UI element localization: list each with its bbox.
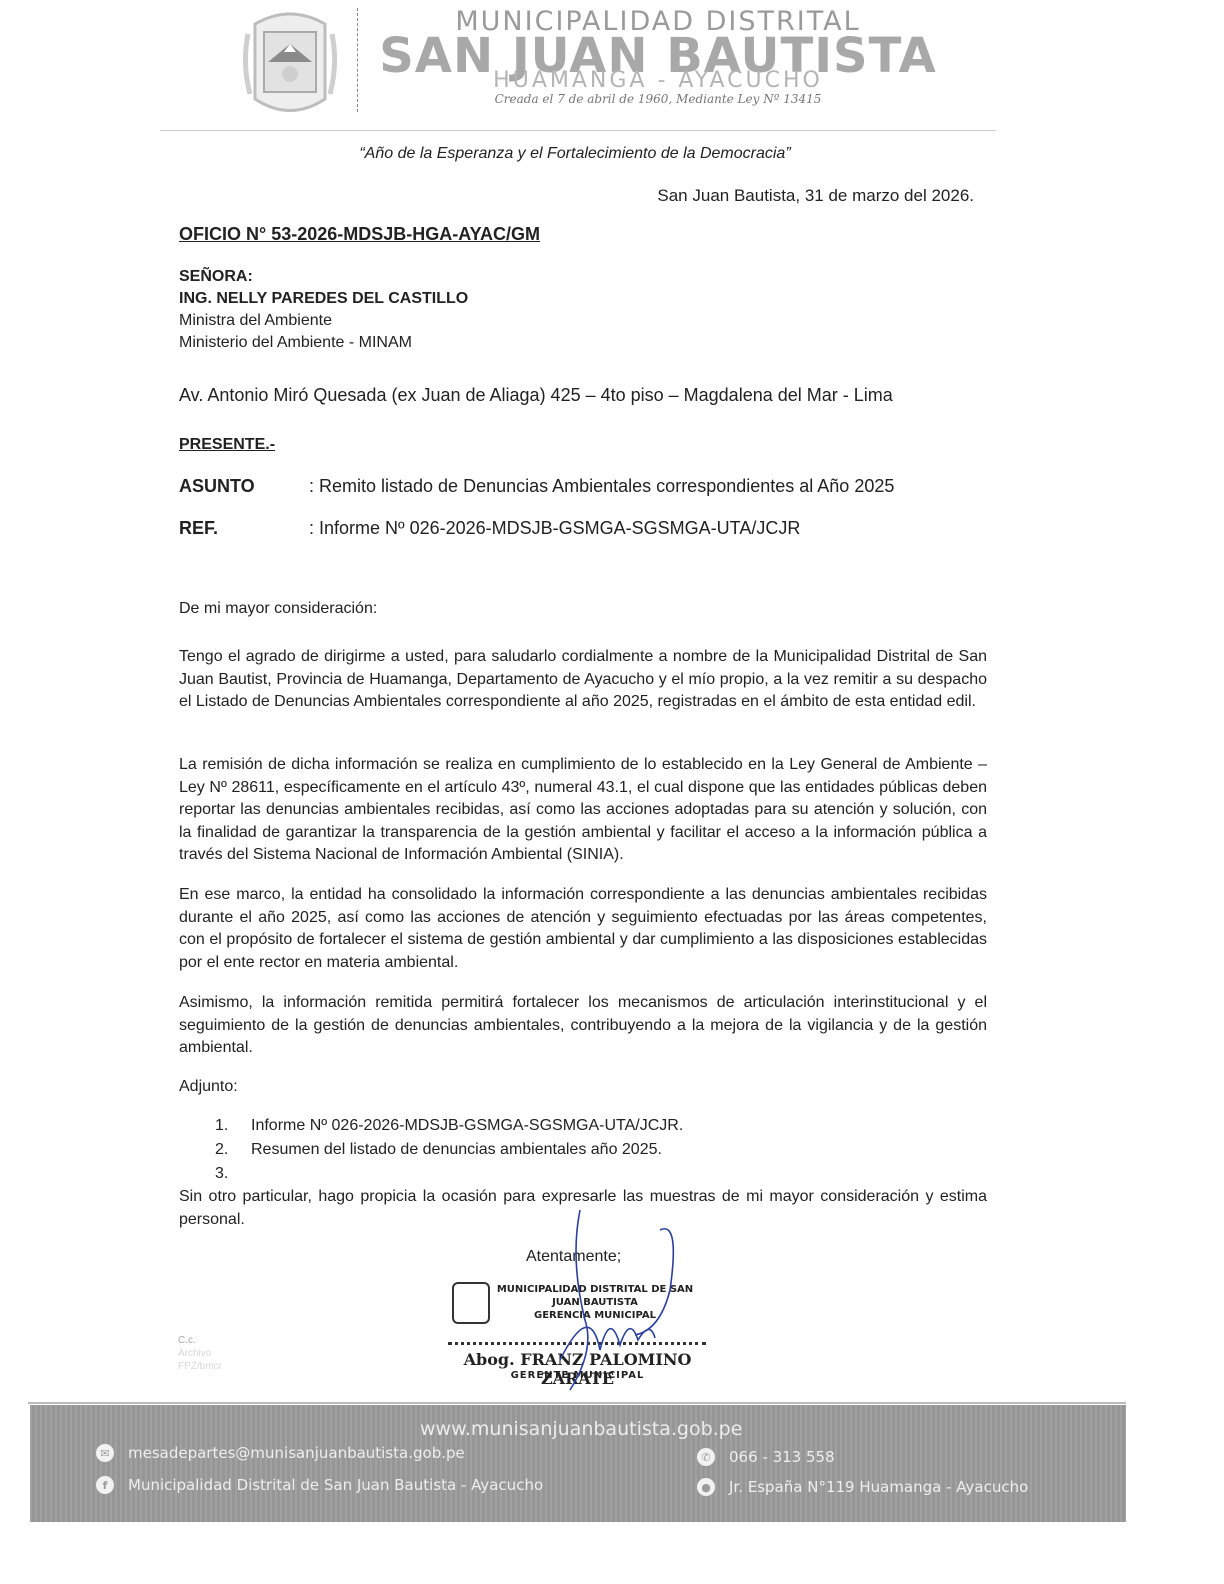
body-paragraph-4: Asimismo, la información remitida permit… <box>179 992 987 1060</box>
seal-icon <box>452 1282 490 1324</box>
asunto-label: ASUNTO <box>179 476 309 497</box>
footer-address: ● Jr. España N°119 Huamanga - Ayacucho <box>697 1478 1028 1496</box>
header-rule <box>160 130 996 131</box>
header-location: HUAMANGA - AYACUCHO <box>378 68 938 93</box>
recipient-title: Ministra del Ambiente <box>179 310 468 332</box>
body-paragraph-1: Tengo el agrado de dirigirme a usted, pa… <box>179 646 987 714</box>
asunto-value: : Remito listado de Denuncias Ambientale… <box>309 476 894 496</box>
facebook-icon: f <box>96 1476 114 1494</box>
footer-rule <box>28 1402 1126 1404</box>
recipient-name: ING. NELLY PAREDES DEL CASTILLO <box>179 288 468 310</box>
footer-website-link[interactable]: www.munisanjuanbautista.gob.pe <box>420 1418 742 1440</box>
header-founding-note: Creada el 7 de abril de 1960, Mediante L… <box>378 92 938 106</box>
body-salutation: De mi mayor consideración: <box>179 598 987 621</box>
phone-icon: ✆ <box>697 1448 715 1466</box>
recipient-salutation: SEÑORA: <box>179 266 468 288</box>
year-motto: “Año de la Esperanza y el Fortalecimient… <box>160 145 990 163</box>
ref-value: : Informe Nº 026-2026-MDSJB-GSMGA-SGSMGA… <box>309 518 800 538</box>
presente-label: PRESENTE.- <box>179 436 275 454</box>
recipient-block: SEÑORA: ING. NELLY PAREDES DEL CASTILLO … <box>179 266 468 354</box>
footer-email[interactable]: ✉ mesadepartes@munisanjuanbautista.gob.p… <box>96 1444 465 1462</box>
footer-phone: ✆ 066 - 313 558 <box>697 1448 835 1466</box>
signer-role: GERENTE MUNICIPAL <box>440 1370 715 1381</box>
oficio-number: OFICIO N° 53-2026-MDSJB-HGA-AYAC/GM <box>179 224 540 245</box>
attachment-item: 2.Resumen del listado de denuncias ambie… <box>215 1138 683 1162</box>
carbon-copy: C.c. Archivo FPZ/bmcr <box>178 1334 222 1373</box>
attachments-list: 1.Informe Nº 026-2026-MDSJB-GSMGA-SGSMGA… <box>215 1114 683 1186</box>
signer-name: Abog. FRANZ PALOMINO ZARATE <box>440 1350 715 1388</box>
signature-line <box>448 1342 706 1345</box>
closing-paragraph: Sin otro particular, hago propicia la oc… <box>179 1186 987 1231</box>
attachments-label: Adjunto: <box>179 1076 987 1099</box>
mail-icon: ✉ <box>96 1444 114 1462</box>
recipient-org: Ministerio del Ambiente - MINAM <box>179 332 468 354</box>
footer-facebook[interactable]: f Municipalidad Distrital de San Juan Ba… <box>96 1476 543 1494</box>
body-paragraph-3: En ese marco, la entidad ha consolidado … <box>179 884 987 974</box>
ref-label: REF. <box>179 518 309 539</box>
asunto-row: ASUNTO: Remito listado de Denuncias Ambi… <box>179 476 894 497</box>
office-stamp: MUNICIPALIDAD DISTRITAL DE SAN JUAN BAUT… <box>488 1283 702 1322</box>
ref-row: REF.: Informe Nº 026-2026-MDSJB-GSMGA-SG… <box>179 518 800 539</box>
header-divider <box>357 8 358 112</box>
valediction: Atentamente; <box>526 1248 621 1266</box>
municipal-coat-of-arms-logo <box>240 4 340 122</box>
location-pin-icon: ● <box>697 1478 715 1496</box>
recipient-address: Av. Antonio Miró Quesada (ex Juan de Ali… <box>179 385 893 406</box>
attachment-item: 1.Informe Nº 026-2026-MDSJB-GSMGA-SGSMGA… <box>215 1114 683 1138</box>
letter-date: San Juan Bautista, 31 de marzo del 2026. <box>600 186 974 206</box>
attachment-item: 3. <box>215 1162 683 1186</box>
body-paragraph-2: La remisión de dicha información se real… <box>179 754 987 867</box>
